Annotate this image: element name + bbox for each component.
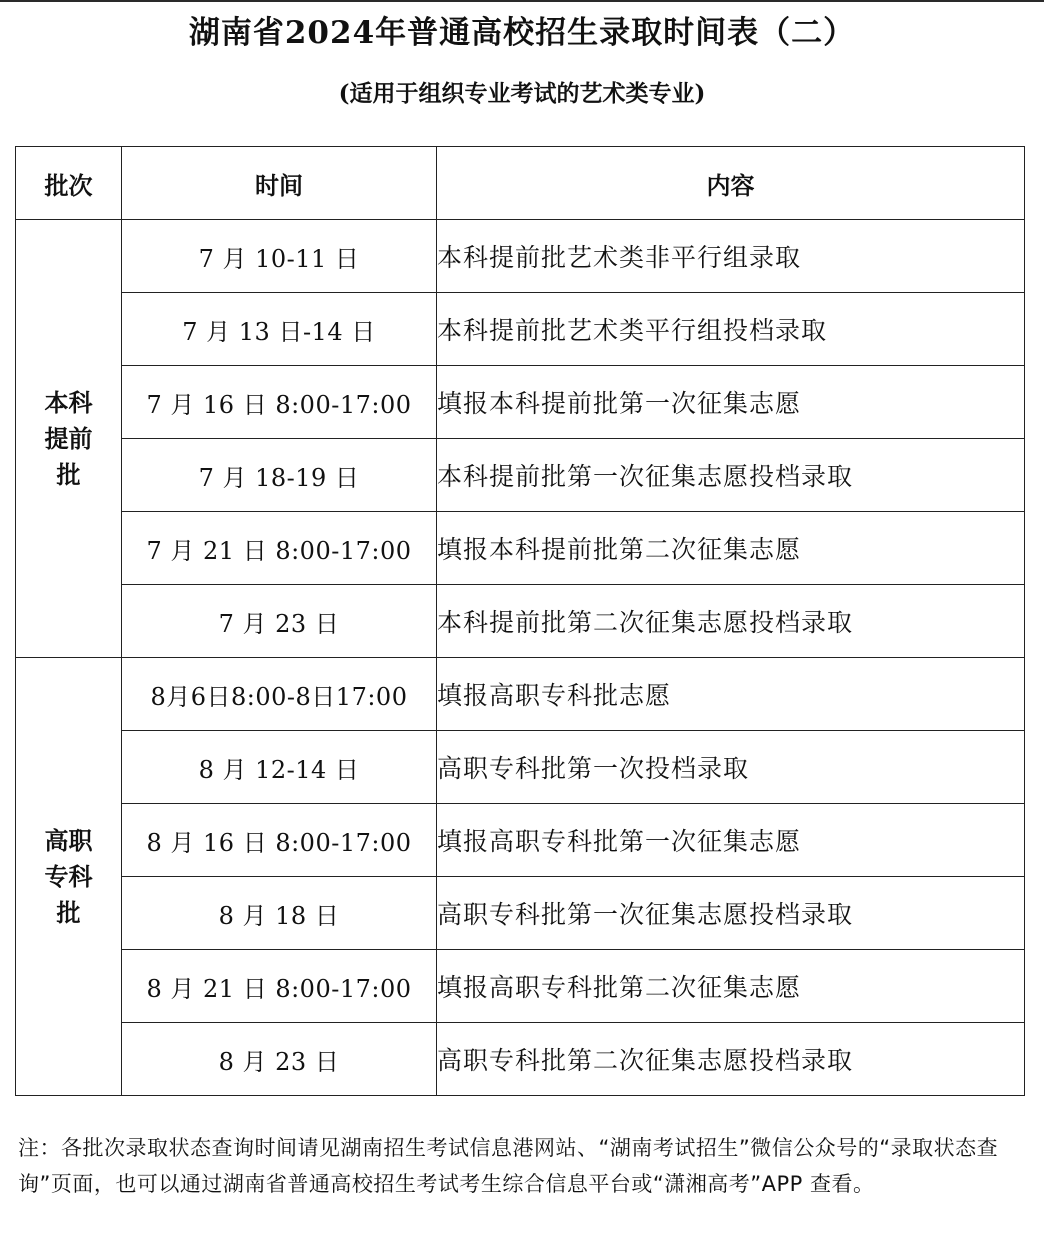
- page-subtitle: (适用于组织专业考试的艺术类专业): [0, 76, 1044, 112]
- admission-schedule-table: 批次 时间 内容 本科 提前 批 7 月 10-11 日 本科提前批艺术类非平行…: [15, 146, 1025, 1096]
- table-row: 本科 提前 批 7 月 10-11 日 本科提前批艺术类非平行组录取: [16, 220, 1025, 293]
- time-cell: 7 月 16 日 8:00-17:00: [122, 366, 437, 439]
- time-cell: 8 月 12-14 日: [122, 731, 437, 804]
- batch-label-line: 高职: [16, 823, 121, 859]
- time-cell: 8 月 18 日: [122, 877, 437, 950]
- batch-label-line: 批: [16, 895, 121, 931]
- page-title: 湖南省2024年普通高校招生录取时间表（二）: [0, 10, 1044, 56]
- footnote: 注：各批次录取状态查询时间请见湖南招生考试信息港网站、“湖南考试招生”微信公众号…: [18, 1130, 1008, 1202]
- time-cell: 7 月 18-19 日: [122, 439, 437, 512]
- content-cell: 填报本科提前批第二次征集志愿: [437, 512, 1025, 585]
- time-cell: 7 月 10-11 日: [122, 220, 437, 293]
- table-row: 7 月 23 日 本科提前批第二次征集志愿投档录取: [16, 585, 1025, 658]
- time-cell: 7 月 23 日: [122, 585, 437, 658]
- content-cell: 本科提前批艺术类非平行组录取: [437, 220, 1025, 293]
- time-cell: 8 月 23 日: [122, 1023, 437, 1096]
- batch-label-line: 本科: [16, 385, 121, 421]
- content-cell: 本科提前批艺术类平行组投档录取: [437, 293, 1025, 366]
- header-time: 时间: [122, 147, 437, 220]
- table-row: 8 月 18 日 高职专科批第一次征集志愿投档录取: [16, 877, 1025, 950]
- table-row: 8 月 16 日 8:00-17:00 填报高职专科批第一次征集志愿: [16, 804, 1025, 877]
- table-header-row: 批次 时间 内容: [16, 147, 1025, 220]
- content-cell: 本科提前批第二次征集志愿投档录取: [437, 585, 1025, 658]
- table-row: 8 月 12-14 日 高职专科批第一次投档录取: [16, 731, 1025, 804]
- batch-cell-undergrad-early: 本科 提前 批: [16, 220, 122, 658]
- content-cell: 本科提前批第一次征集志愿投档录取: [437, 439, 1025, 512]
- content-cell: 高职专科批第一次投档录取: [437, 731, 1025, 804]
- time-cell: 8 月 16 日 8:00-17:00: [122, 804, 437, 877]
- table-row: 7 月 13 日-14 日 本科提前批艺术类平行组投档录取: [16, 293, 1025, 366]
- header-batch: 批次: [16, 147, 122, 220]
- table-row: 7 月 18-19 日 本科提前批第一次征集志愿投档录取: [16, 439, 1025, 512]
- time-cell: 7 月 21 日 8:00-17:00: [122, 512, 437, 585]
- header-content: 内容: [437, 147, 1025, 220]
- content-cell: 填报高职专科批第二次征集志愿: [437, 950, 1025, 1023]
- table-row: 8 月 21 日 8:00-17:00 填报高职专科批第二次征集志愿: [16, 950, 1025, 1023]
- content-cell: 高职专科批第二次征集志愿投档录取: [437, 1023, 1025, 1096]
- time-cell: 8月6日8:00-8日17:00: [122, 658, 437, 731]
- batch-label-line: 批: [16, 457, 121, 493]
- content-cell: 高职专科批第一次征集志愿投档录取: [437, 877, 1025, 950]
- content-cell: 填报高职专科批志愿: [437, 658, 1025, 731]
- table-row: 7 月 21 日 8:00-17:00 填报本科提前批第二次征集志愿: [16, 512, 1025, 585]
- batch-label-line: 专科: [16, 859, 121, 895]
- content-cell: 填报本科提前批第一次征集志愿: [437, 366, 1025, 439]
- batch-cell-vocational: 高职 专科 批: [16, 658, 122, 1096]
- batch-label-line: 提前: [16, 421, 121, 457]
- table-row: 高职 专科 批 8月6日8:00-8日17:00 填报高职专科批志愿: [16, 658, 1025, 731]
- time-cell: 8 月 21 日 8:00-17:00: [122, 950, 437, 1023]
- content-cell: 填报高职专科批第一次征集志愿: [437, 804, 1025, 877]
- table-row: 8 月 23 日 高职专科批第二次征集志愿投档录取: [16, 1023, 1025, 1096]
- table-row: 7 月 16 日 8:00-17:00 填报本科提前批第一次征集志愿: [16, 366, 1025, 439]
- time-cell: 7 月 13 日-14 日: [122, 293, 437, 366]
- top-rule: [0, 0, 1044, 2]
